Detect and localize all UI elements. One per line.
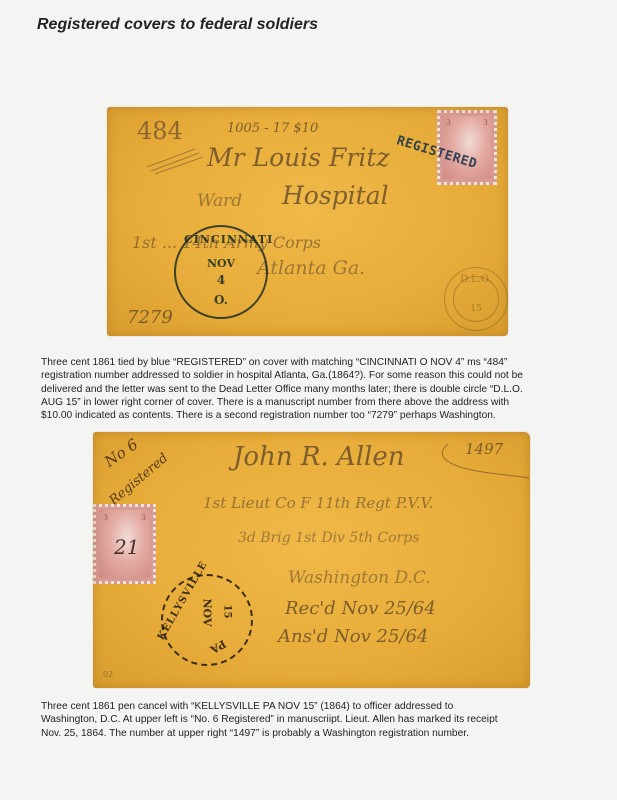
cover-2-description: Three cent 1861 pen cancel with “KELLYSV…: [41, 700, 601, 740]
address-line-city: Washington D.C.: [288, 568, 431, 588]
address-line-hospital: Hospital: [282, 181, 389, 210]
registered-cover-kellysville: No 6 Registered 1497 John R. Allen 1st L…: [93, 432, 530, 688]
registration-underline-strokes: [145, 145, 205, 175]
annotation-no-6: No 6: [101, 435, 141, 471]
registered-cover-cincinnati: 484 1005 - 17 $10 Mr Louis Fritz Ward Ho…: [107, 107, 508, 336]
pen-cancel: 21: [114, 535, 139, 559]
address-line-rank: 1st Lieut Co F 11th Regt P.V.V.: [203, 494, 433, 512]
cincinnati-postmark: CINCINNATI NOV 4 O.: [174, 225, 268, 319]
address-line-ward: Ward: [197, 191, 242, 211]
received-note: Rec'd Nov 25/64: [285, 598, 436, 619]
second-registration-number: 7279: [127, 307, 173, 328]
address-line-brigade: 3d Brig 1st Div 5th Corps: [238, 530, 419, 546]
three-cent-stamp: 3 3 21: [93, 504, 156, 584]
address-line-city: Atlanta Ga.: [257, 257, 365, 279]
answered-note: Ans'd Nov 25/64: [278, 626, 428, 647]
dlo-manuscript-number: 1005 - 17 $10: [227, 121, 318, 136]
page-title: Registered covers to federal soldiers: [37, 16, 318, 34]
corner-mark: 02: [103, 670, 113, 679]
kellysville-postmark: KELLYSVILLE NOV 15 PA: [161, 574, 253, 666]
dlo-postmark: D.L.O. 15: [444, 267, 508, 331]
address-line-name: Mr Louis Fritz: [207, 143, 390, 172]
registration-number-484: 484: [137, 117, 183, 145]
registration-number-flourish: [433, 442, 530, 482]
address-line-name: John R. Allen: [233, 442, 404, 472]
cover-1-description: Three cent 1861 tied by blue “REGISTERED…: [41, 356, 601, 422]
